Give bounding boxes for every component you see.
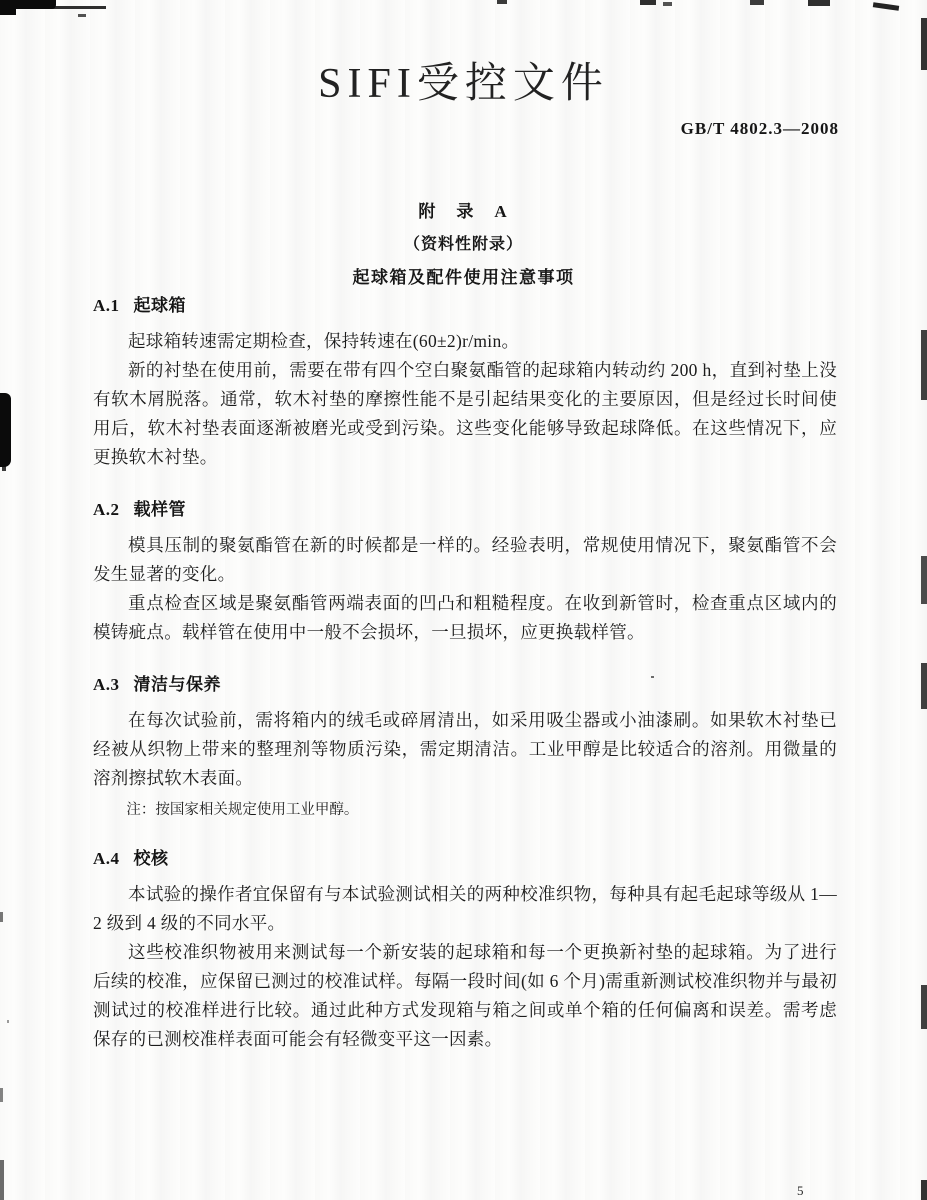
section-number: A.1 [93,296,120,315]
appendix-heading-block: 附 录 A （资料性附录） 起球箱及配件使用注意事项 [0,197,927,288]
scan-artifact-left-edge [2,462,6,471]
scan-artifact-left-edge [0,912,3,922]
section-number: A.2 [93,500,120,519]
paragraph: 起球箱转速需定期检查，保持转速在(60±2)r/min。 [93,327,837,356]
document-body: A.1起球箱 起球箱转速需定期检查，保持转速在(60±2)r/min。 新的衬垫… [93,291,837,1054]
paragraph: 新的衬垫在使用前，需要在带有四个空白聚氨酯管的起球箱内转动约 200 h，直到衬… [93,356,837,472]
section-title: 清洁与保养 [134,675,222,694]
section-heading: A.4校核 [93,821,837,869]
scan-artifact-right-edge [921,1180,927,1200]
scan-artifact-right-edge [921,330,927,400]
scan-artifact-top-left [78,14,86,17]
scan-artifact-top-left [52,6,106,9]
section-heading: A.3清洁与保养 [93,647,837,695]
scan-artifact-left-edge [0,1160,4,1200]
appendix-heading: 起球箱及配件使用注意事项 [0,263,927,288]
section-title: 校核 [134,849,169,868]
section-a4: A.4校核 本试验的操作者宜保留有与本试验测试相关的两种校准织物，每种具有起毛起… [93,821,837,1054]
scan-artifact-top-edge [497,0,507,4]
paragraph: 这些校准织物被用来测试每一个新安装的起球箱和每一个更换新衬垫的起球箱。为了进行后… [93,938,837,1054]
section-heading: A.1起球箱 [93,291,837,316]
scan-artifact-right-edge [921,985,927,1029]
scanned-document-page: { "page": { "watermark_title": "SIFI受控文件… [0,0,927,1200]
scan-artifact-right-edge [921,556,927,604]
section-a2: A.2载样管 模具压制的聚氨酯管在新的时候都是一样的。经验表明，常规使用情况下，… [93,472,837,647]
paragraph: 在每次试验前，需将箱内的绒毛或碎屑清出，如采用吸尘器或小油漆刷。如果软木衬垫已经… [93,706,837,793]
scan-artifact-left-edge [0,393,11,467]
scan-artifact-top-left [0,0,16,15]
standard-number: GB/T 4802.3—2008 [681,119,839,139]
section-a3: A.3清洁与保养 在每次试验前，需将箱内的绒毛或碎屑清出，如采用吸尘器或小油漆刷… [93,647,837,821]
section-number: A.4 [93,849,120,868]
section-title: 载样管 [134,500,187,519]
appendix-subtitle: （资料性附录） [0,231,927,254]
scan-artifact-top-edge [750,0,764,5]
scan-speck [7,1020,9,1023]
scan-artifact-top-edge [808,0,830,6]
paragraph: 重点检查区域是聚氨酯管两端表面的凹凸和粗糙程度。在收到新管时，检查重点区域内的模… [93,589,837,647]
paragraph: 模具压制的聚氨酯管在新的时候都是一样的。经验表明，常规使用情况下，聚氨酯管不会发… [93,531,837,589]
section-number: A.3 [93,675,120,694]
scan-artifact-right-edge [921,663,927,709]
section-a1: A.1起球箱 起球箱转速需定期检查，保持转速在(60±2)r/min。 新的衬垫… [93,291,837,472]
page-number: 5 [797,1183,804,1199]
section-title: 起球箱 [134,296,187,315]
controlled-document-watermark: SIFI受控文件 [0,50,927,110]
scan-artifact-left-edge [0,1088,3,1102]
appendix-title: 附 录 A [0,197,927,222]
paragraph: 本试验的操作者宜保留有与本试验测试相关的两种校准织物，每种具有起毛起球等级从 1… [93,880,837,938]
scan-artifact-top-edge [663,2,672,6]
scan-artifact-top-edge [640,0,656,5]
scan-artifact-top-edge [873,2,899,11]
section-note: 注：按国家相关规定使用工业甲醇。 [93,800,837,821]
section-heading: A.2载样管 [93,472,837,520]
